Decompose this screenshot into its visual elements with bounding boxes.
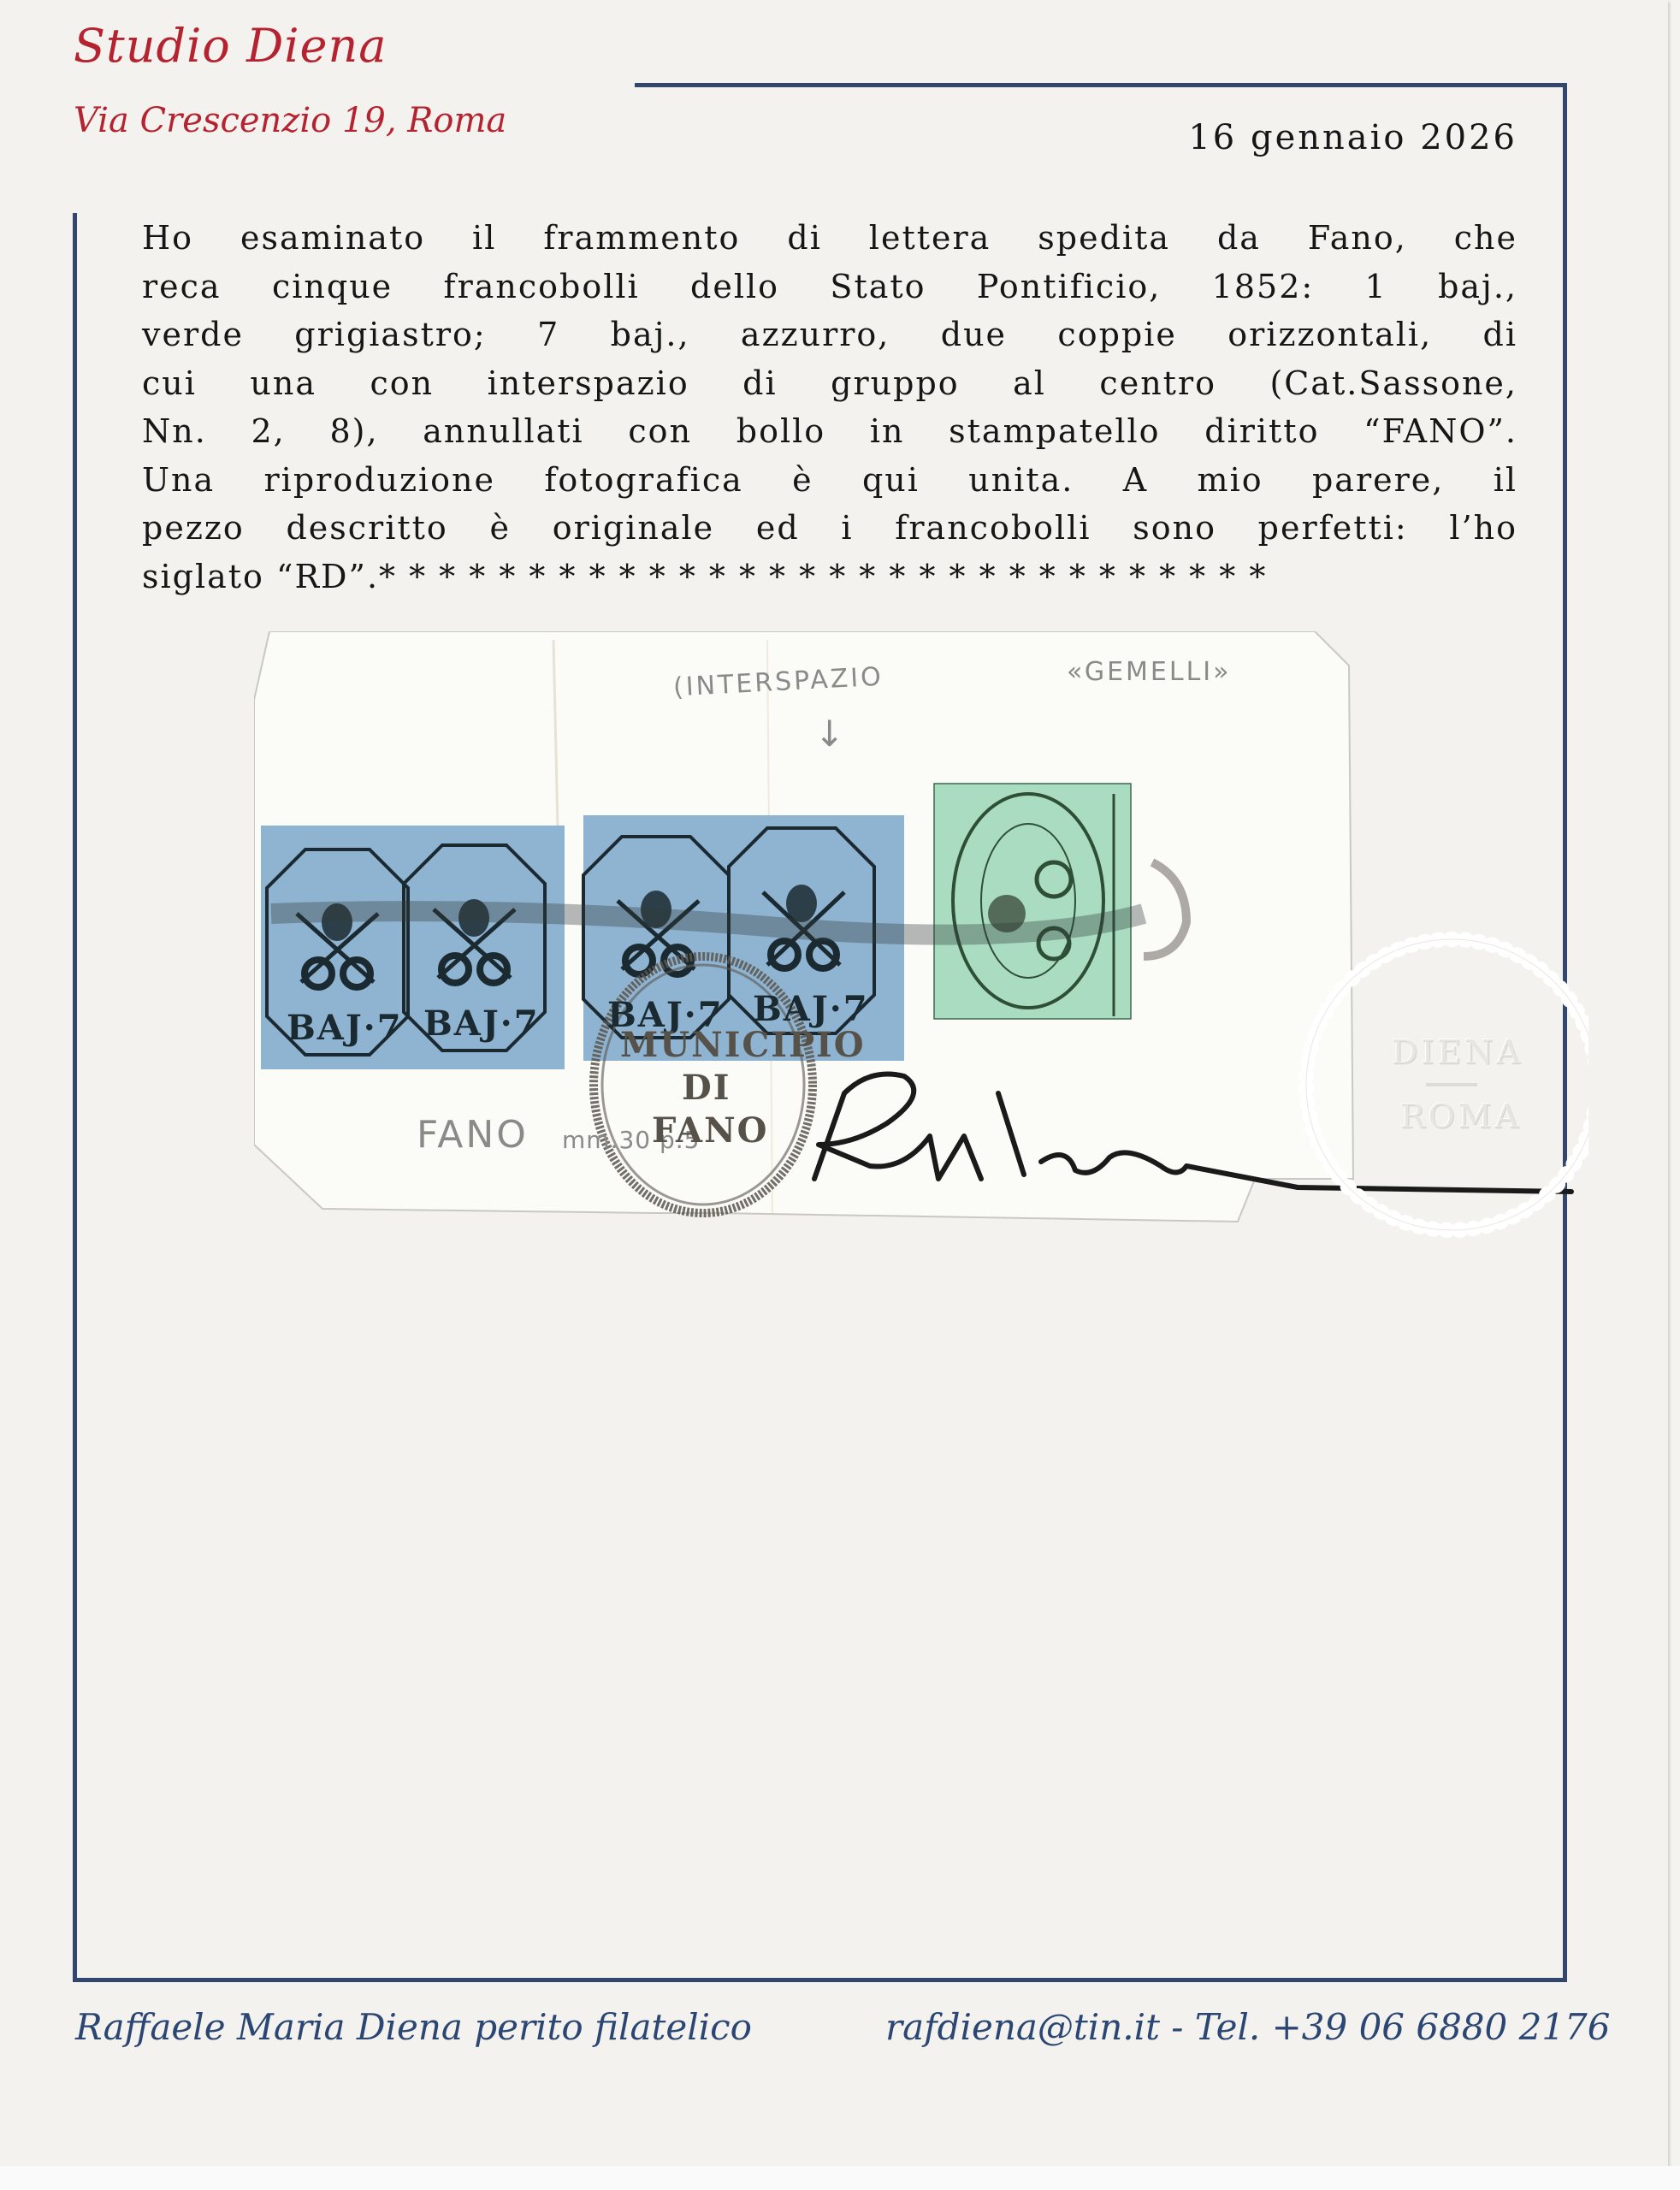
- body-line: reca cinque francobolli dello Stato Pont…: [142, 263, 1517, 311]
- body-line: Una riproduzione fotografica è qui unita…: [142, 456, 1517, 505]
- postmark-line-3: FANO: [652, 1110, 769, 1151]
- pencil-note-fano: FANO: [417, 1113, 529, 1157]
- footer-contact: rafdiena@tin.it - Tel. +39 06 6880 2176: [885, 2006, 1611, 2048]
- stamp-green: [934, 784, 1131, 1019]
- stamp-value-label: BAJ·7: [287, 1008, 403, 1048]
- postmark-line-1: MUNICIPIO: [620, 1025, 866, 1065]
- frame-border-top: [635, 83, 1567, 87]
- body-line: cui una con interspazio di gruppo al cen…: [142, 359, 1517, 408]
- body-line: siglato “RD”.* * * * * * * * * * * * * *…: [142, 553, 1517, 601]
- pencil-note-gemelli: «GEMELLI»: [1067, 657, 1232, 687]
- fragment-artwork: [254, 631, 1588, 1281]
- postmark-line-2: DI: [682, 1068, 731, 1108]
- certificate-date: 16 gennaio 2026: [1188, 118, 1517, 157]
- studio-name: Studio Diena: [74, 19, 387, 73]
- body-line: verde grigiastro; 7 baj., azzurro, due c…: [142, 311, 1517, 359]
- dry-seal-line-1: DIENA: [1392, 1033, 1523, 1071]
- frame-border-left: [73, 213, 77, 1982]
- fragment-photo: (INTERSPAZIO ↓ «GEMELLI» FANO mm.30 p.5 …: [254, 631, 1353, 1217]
- stamp-value-label: BAJ·7: [423, 1003, 540, 1044]
- stamp-value-label: BAJ·7: [753, 989, 869, 1029]
- footer-expert-name: Raffaele Maria Diena perito filatelico: [75, 2006, 752, 2048]
- studio-address: Via Crescenzio 19, Roma: [74, 101, 506, 140]
- body-line: Ho esaminato il frammento di lettera spe…: [142, 214, 1517, 263]
- body-line: Nn. 2, 8), annullati con bollo in stampa…: [142, 407, 1517, 456]
- frame-border-bottom: [73, 1978, 1567, 1982]
- scan-background: [0, 2166, 1680, 2190]
- pencil-arrow-icon: ↓: [814, 713, 844, 755]
- certificate-body: Ho esaminato il frammento di lettera spe…: [142, 214, 1517, 601]
- body-line: pezzo descritto è originale ed i francob…: [142, 504, 1517, 553]
- dry-seal-line-2: ROMA: [1400, 1098, 1522, 1135]
